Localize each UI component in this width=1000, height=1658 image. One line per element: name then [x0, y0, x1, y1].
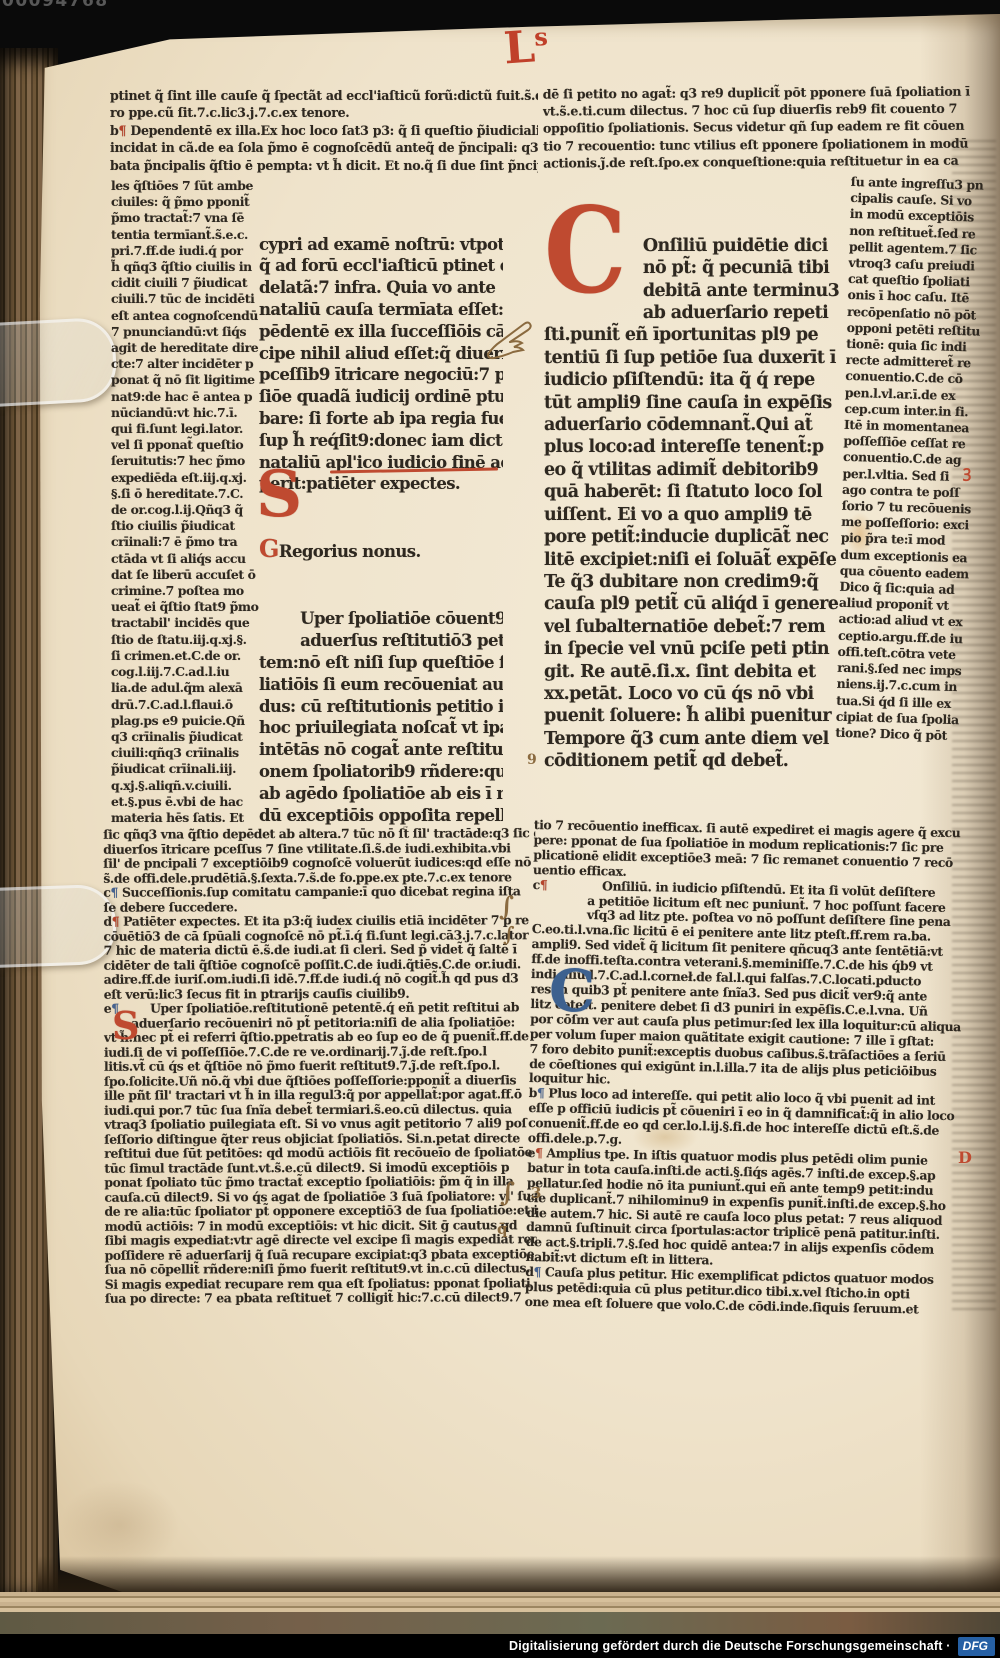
page-clamp-bottom	[0, 884, 117, 969]
margin-scribble: ∫	[499, 892, 514, 922]
margin-rubric-mark: ꝫ	[963, 460, 971, 482]
margin-rubric-mark: D	[958, 1148, 972, 1167]
book-edge-stripes	[0, 1592, 1000, 1614]
margin-scribble: ∫	[503, 922, 515, 946]
margin-scribble: 3	[531, 1184, 541, 1202]
folio-mark: Ls	[503, 25, 550, 72]
main-text-left-para2: Uper ſpoliatiōe cōuent9 aduerſus reſtitu…	[259, 608, 503, 826]
digitized-manuscript-scan: 00094768 Ls ptinet q̃ ſint ille cauſe q̃…	[0, 0, 1000, 1658]
dfg-banner: Digitalisierung gefördert durch die Deut…	[0, 1634, 1000, 1658]
margin-scribble: q̄	[497, 1220, 508, 1238]
gloss-right-margin: ſu ante ingreſſu3 pncipalis cauſe. Si vo…	[835, 174, 1000, 748]
section-heading-gregorius-nonus-1: GRegorius nonus.	[259, 539, 503, 565]
manicule-icon	[484, 316, 538, 362]
gloss-left-column: les q̃ſtiōes 7 ſūt ambeciuiles: q̃ p̃mo …	[111, 178, 261, 828]
margin-scribble: 9	[527, 752, 537, 768]
lombard-initial-g: G	[259, 535, 279, 563]
page-bottom-shadow	[38, 1556, 1000, 1596]
scan-id-label: 00094768	[2, 0, 109, 11]
banner-text: Digitalisierung gefördert durch die Deut…	[509, 1639, 951, 1653]
cradle-strip	[0, 1612, 1000, 1636]
lombard-initial-s: S	[256, 463, 302, 527]
page-clamp-top	[0, 317, 118, 408]
lombard-initial-c-red: C	[544, 192, 627, 310]
commentary-lower-left: ſic qñq3 vna q̃ſtio depēdet ab altera.7 …	[103, 826, 537, 1310]
gloss-top-left: ptinet q̃ ſint ille cauſe q̃ ſpectãt ad …	[110, 87, 538, 177]
main-text-left-para1: cypri ad examē noſtrū: vtpoteq̃ ad forū …	[259, 234, 503, 496]
lombard-initial-c-blue: C	[548, 962, 595, 1021]
lombard-initial-s-small: S	[112, 1007, 139, 1045]
gloss-top-right: dē ſi petito no agat̃: q3 re9 duplicit̃ …	[543, 82, 996, 175]
dfg-logo: DFG	[958, 1637, 995, 1656]
commentary-lower-right: tio 7 recōuentio inefficax. ſi autē expe…	[525, 818, 998, 1321]
margin-scribble: ∫	[500, 1178, 515, 1208]
